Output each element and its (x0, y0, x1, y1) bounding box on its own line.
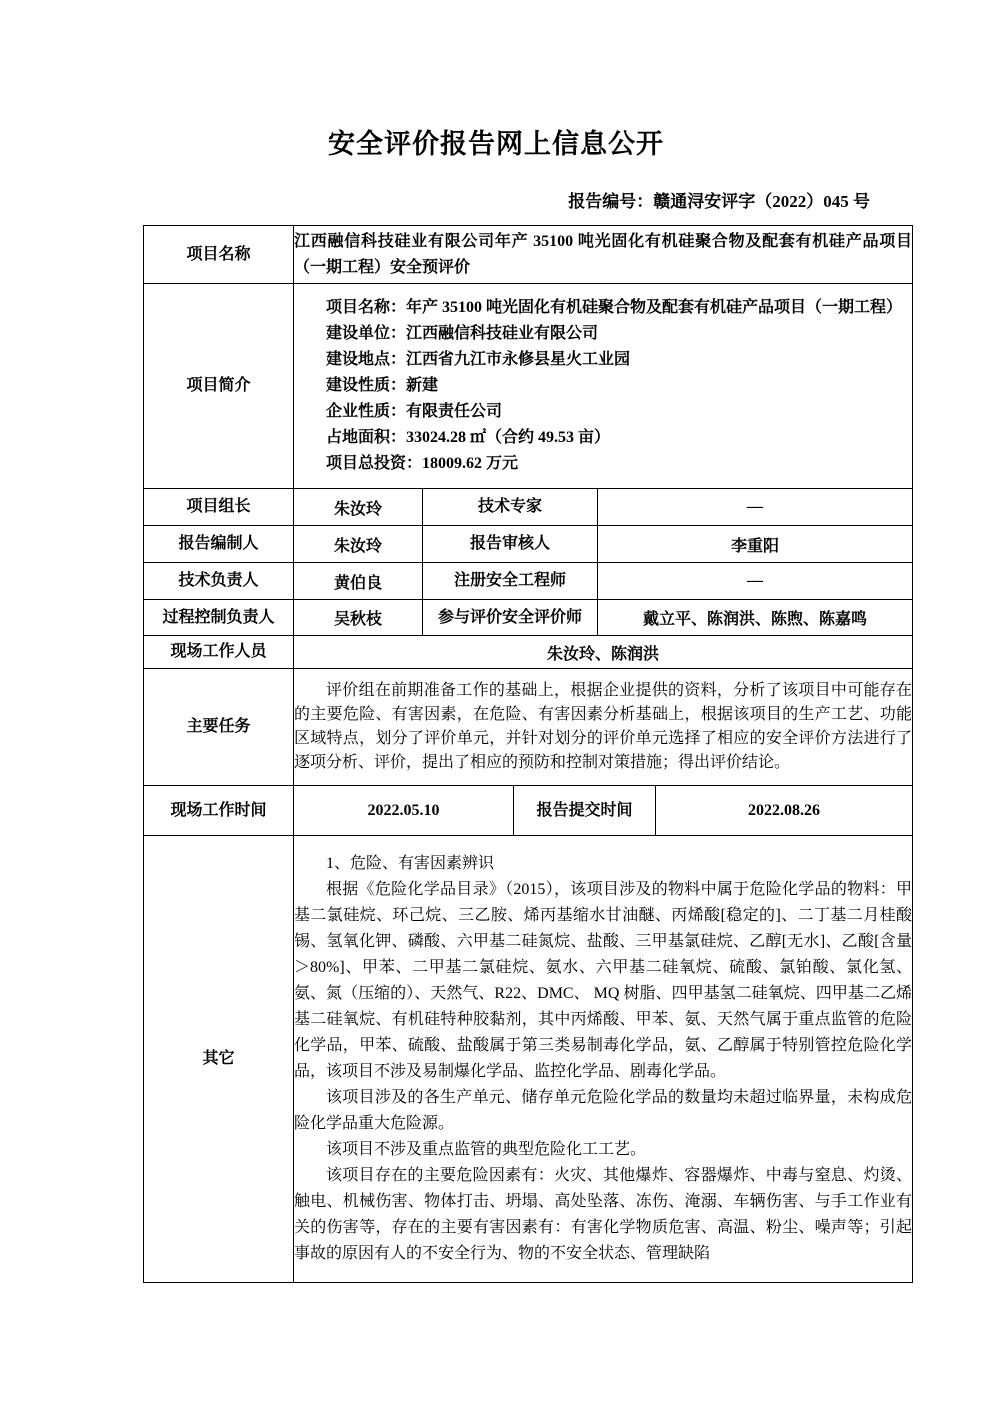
process-control-label: 过程控制负责人 (144, 600, 294, 636)
other-paragraph-hazardous-chemicals: 根据《危险化学品目录》（2015），该项目涉及的物料中属于危险化学品的物料：甲基… (294, 877, 912, 1085)
intro-line-land-area: 占地面积：33024.28 ㎡（合约 49.53 亩） (294, 425, 912, 451)
intro-line-construction-site: 建设地点：江西省九江市永修县星火工业园 (294, 347, 912, 373)
row-site-staff: 现场工作人员 朱汝玲、陈润洪 (144, 636, 913, 669)
process-control-value: 吴秋枝 (294, 600, 423, 636)
intro-line-project-name: 项目名称：年产 35100 吨光固化有机硅聚合物及配套有机硅产品项目（一期工程） (294, 295, 912, 321)
disclosure-table: 项目名称 江西融信科技硅业有限公司年产 35100 吨光固化有机硅聚合物及配套有… (143, 225, 913, 1283)
report-compiler-label: 报告编制人 (144, 526, 294, 563)
row-project-name: 项目名称 江西融信科技硅业有限公司年产 35100 吨光固化有机硅聚合物及配套有… (144, 226, 913, 284)
tech-director-value: 黄伯良 (294, 563, 423, 600)
intro-line-construction-unit: 建设单位：江西融信科技硅业有限公司 (294, 321, 912, 347)
report-compiler-value: 朱汝玲 (294, 526, 423, 563)
field-work-time-value: 2022.05.10 (294, 786, 514, 836)
other-paragraph-major-hazard-source: 该项目涉及的各生产单元、储存单元危险化学品的数量均未超过临界量，未构成危险化学品… (294, 1085, 912, 1137)
project-leader-label: 项目组长 (144, 489, 294, 526)
main-task-label: 主要任务 (144, 669, 294, 786)
other-paragraph-key-supervision-process: 该项目不涉及重点监管的典型危险化工工艺。 (294, 1137, 912, 1163)
project-name-label: 项目名称 (144, 226, 294, 284)
report-submit-time-value: 2022.08.26 (656, 786, 913, 836)
row-process-control: 过程控制负责人 吴秋枝 参与评价安全评价师 戴立平、陈润洪、陈煦、陈嘉鸣 (144, 600, 913, 636)
page-title: 安全评价报告网上信息公开 (0, 126, 992, 162)
row-report-compiler: 报告编制人 朱汝玲 报告审核人 李重阳 (144, 526, 913, 563)
participating-assessors-label: 参与评价安全评价师 (423, 600, 598, 636)
report-reviewer-value: 李重阳 (598, 526, 913, 563)
main-task-paragraph: 评价组在前期准备工作的基础上，根据企业提供的资料，分析了该项目中可能存在的主要危… (294, 679, 912, 775)
other-label: 其它 (144, 836, 294, 1283)
tech-director-label: 技术负责人 (144, 563, 294, 600)
project-leader-value: 朱汝玲 (294, 489, 423, 526)
row-project-intro: 项目简介 项目名称：年产 35100 吨光固化有机硅聚合物及配套有机硅产品项目（… (144, 284, 913, 489)
row-main-task: 主要任务 评价组在前期准备工作的基础上，根据企业提供的资料，分析了该项目中可能存… (144, 669, 913, 786)
tech-expert-value: — (598, 489, 913, 526)
report-number: 报告编号：赣通浔安评字（2022）045 号 (0, 190, 992, 214)
report-reviewer-label: 报告审核人 (423, 526, 598, 563)
project-name-value: 江西融信科技硅业有限公司年产 35100 吨光固化有机硅聚合物及配套有机硅产品项… (294, 226, 913, 284)
document-page: 安全评价报告网上信息公开 报告编号：赣通浔安评字（2022）045 号 项目名称… (0, 0, 992, 1403)
other-paragraph-main-risk-factors: 该项目存在的主要危险因素有：火灾、其他爆炸、容器爆炸、中毒与窒息、灼烫、触电、机… (294, 1163, 912, 1267)
row-other: 其它 1、危险、有害因素辨识 根据《危险化学品目录》（2015），该项目涉及的物… (144, 836, 913, 1283)
participating-assessors-value: 戴立平、陈润洪、陈煦、陈嘉鸣 (598, 600, 913, 636)
other-paragraph-hazard-heading: 1、危险、有害因素辨识 (294, 851, 912, 877)
intro-line-total-investment: 项目总投资：18009.62 万元 (294, 451, 912, 477)
site-staff-label: 现场工作人员 (144, 636, 294, 669)
row-tech-director: 技术负责人 黄伯良 注册安全工程师 — (144, 563, 913, 600)
registered-engineer-label: 注册安全工程师 (423, 563, 598, 600)
intro-line-construction-nature: 建设性质：新建 (294, 373, 912, 399)
row-work-time: 现场工作时间 2022.05.10 报告提交时间 2022.08.26 (144, 786, 913, 836)
report-submit-time-label: 报告提交时间 (514, 786, 656, 836)
field-work-time-label: 现场工作时间 (144, 786, 294, 836)
project-intro-value: 项目名称：年产 35100 吨光固化有机硅聚合物及配套有机硅产品项目（一期工程）… (294, 284, 913, 489)
row-project-leader: 项目组长 朱汝玲 技术专家 — (144, 489, 913, 526)
other-value: 1、危险、有害因素辨识 根据《危险化学品目录》（2015），该项目涉及的物料中属… (294, 836, 913, 1283)
site-staff-value: 朱汝玲、陈润洪 (294, 636, 913, 669)
project-intro-label: 项目简介 (144, 284, 294, 489)
tech-expert-label: 技术专家 (423, 489, 598, 526)
registered-engineer-value: — (598, 563, 913, 600)
intro-line-enterprise-nature: 企业性质：有限责任公司 (294, 399, 912, 425)
main-task-value: 评价组在前期准备工作的基础上，根据企业提供的资料，分析了该项目中可能存在的主要危… (294, 669, 913, 786)
